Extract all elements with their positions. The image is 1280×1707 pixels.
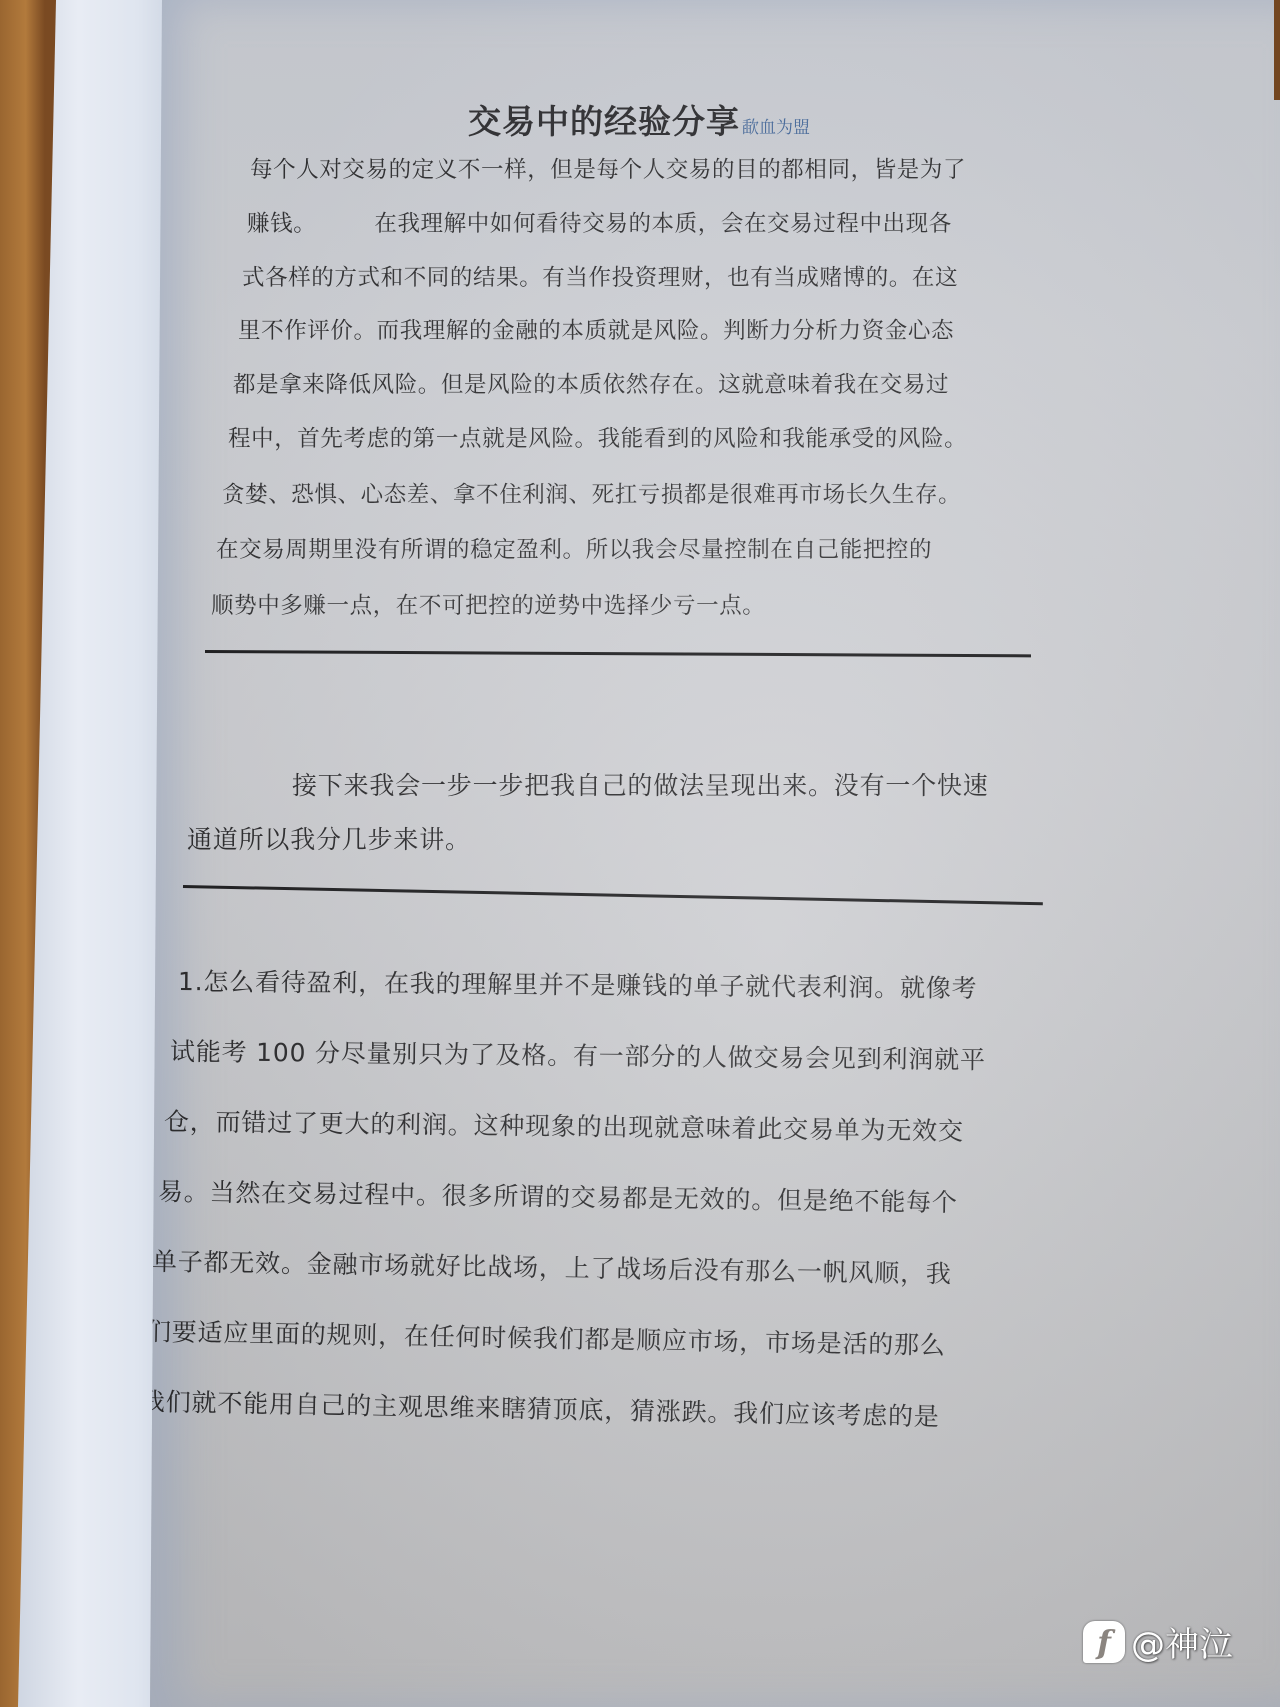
text-line: 我们就不能用自己的主观思维来瞎猜顶底，猜涨跌。我们应该考虑的是 xyxy=(140,1382,940,1433)
text-line: 顺势中多赚一点，在不可把控的逆势中选择少亏一点。 xyxy=(211,588,765,620)
author-signature: 歃血为盟 xyxy=(742,118,810,138)
text-line: 每个人对交易的定义不一样，但是每个人交易的目的都相同，皆是为了 xyxy=(250,152,966,184)
text-line: 式各样的方式和不同的结果。有当作投资理财，也有当成赌博的。在这 xyxy=(242,260,958,292)
text-line: 接下来我会一步一步把我自己的做法呈现出来。没有一个快速 xyxy=(292,766,989,802)
text-line: 通道所以我分几步来讲。 xyxy=(187,820,471,856)
text-line: 仓，而错过了更大的利润。这种现象的出现就意味着此交易单为无效交 xyxy=(164,1102,964,1148)
text-line: 们要适应里面的规则，在任何时候我们都是顺应市场，市场是活的那么 xyxy=(146,1312,946,1362)
horizontal-divider xyxy=(205,650,1031,657)
page-title: 交易中的经验分享 xyxy=(468,102,740,141)
text-line: 易。当然在交易过程中。很多所谓的交易都是无效的。但是绝不能每个 xyxy=(158,1172,958,1219)
text-line: 赚钱。 在我理解中如何看待交易的本质，会在交易过程中出现各 xyxy=(247,206,952,238)
text-line: 里不作评价。而我理解的金融的本质就是风险。判断力分析力资金心态 xyxy=(238,313,954,345)
text-line: 程中，首先考虑的第一点就是风险。我能看到的风险和我能承受的风险。 xyxy=(228,421,967,453)
horizontal-divider xyxy=(183,885,1043,905)
text-line: 都是拿来降低风险。但是风险的本质依然存在。这就意味着我在交易过 xyxy=(233,367,949,399)
page-content: 交易中的经验分享歃血为盟 每个人对交易的定义不一样，但是每个人交易的目的都相同，… xyxy=(150,0,1280,1707)
text-line: 单子都无效。金融市场就好比战场，上了战场后没有那么一帆风顺，我 xyxy=(152,1242,952,1291)
text-line: 贪婪、恐惧、心态差、拿不住利润、死扛亏损都是很难再市场长久生存。 xyxy=(222,477,961,509)
platform-logo-icon: f xyxy=(1083,1621,1125,1663)
watermark: f @神泣 xyxy=(1083,1617,1233,1666)
watermark-text: @神泣 xyxy=(1131,1617,1233,1666)
page-header: 交易中的经验分享歃血为盟 xyxy=(468,96,810,143)
document-page: 交易中的经验分享歃血为盟 每个人对交易的定义不一样，但是每个人交易的目的都相同，… xyxy=(150,0,1280,1707)
text-line: 1.怎么看待盈利，在我的理解里并不是赚钱的单子就代表利润。就像考 xyxy=(178,962,978,1005)
text-line: 试能考 100 分尽量别只为了及格。有一部分的人做交易会见到利润就平 xyxy=(170,1032,986,1077)
text-line: 在交易周期里没有所谓的稳定盈利。所以我会尽量控制在自己能把控的 xyxy=(216,532,932,564)
